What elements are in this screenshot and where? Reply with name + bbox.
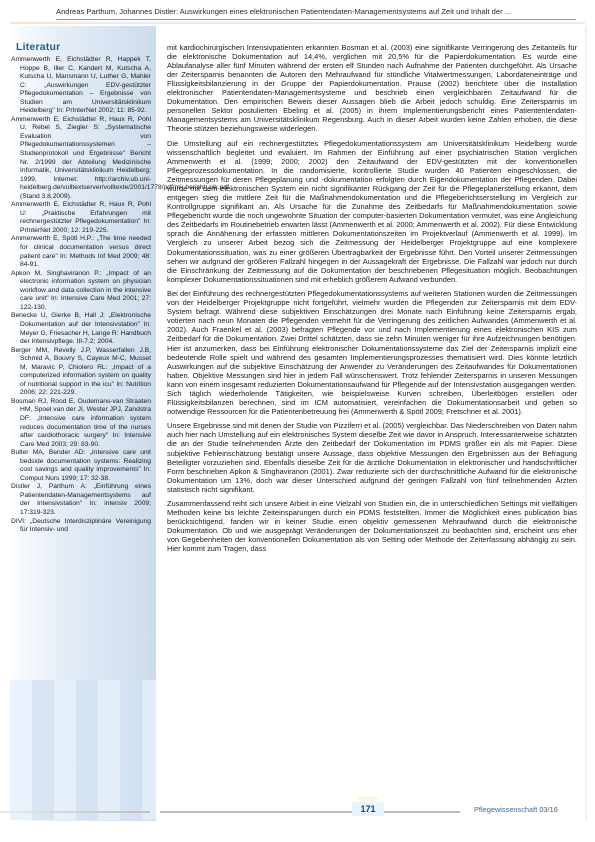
page-number-tab bbox=[358, 796, 380, 801]
sidebar-decoration bbox=[10, 680, 156, 820]
body-paragraph: Bei der Einführung des rechnergestützten… bbox=[167, 289, 577, 416]
reference-item: Ammenwerth E, Spötl H.P.: „The time need… bbox=[11, 235, 151, 269]
reference-item: Bosman RJ, Rood E, Oudemans-van Straaten… bbox=[11, 398, 151, 449]
running-header: Andreas Parthum, Johannes Distler: Auswi… bbox=[56, 5, 576, 20]
reference-item: DIVI: „Deutsche Interdisziplinäre Verein… bbox=[11, 518, 151, 535]
reference-item: Distler J, Parthum A: „Einführung eines … bbox=[11, 483, 151, 517]
reference-item: Ammenwerth E, Eichstädter R, Happek T, H… bbox=[11, 56, 151, 116]
reference-item: Butler MA, Bender AD: „Intensive care un… bbox=[11, 449, 151, 483]
body-paragraph: Die Umstellung auf ein rechnergestütztes… bbox=[167, 139, 577, 284]
reference-item: Ammenwerth E, Eichstädter R, Haux R, Poh… bbox=[11, 201, 151, 235]
reference-item: Benecke U, Gierke B, Hall J: „Elektronis… bbox=[11, 312, 151, 346]
reference-item: Apkon M, Singhaviranon P.: „Impact of an… bbox=[11, 270, 151, 313]
footer-rule-left bbox=[0, 811, 150, 813]
journal-name: Pflegewissenschaft bbox=[474, 805, 537, 814]
header-color-bar bbox=[10, 22, 585, 24]
page-edge bbox=[585, 26, 587, 821]
reference-item: Ammenwerth E, Eichstädter R, Haux R, Poh… bbox=[11, 116, 151, 201]
body-paragraph: mit kardiochirurgischen Intensivpatiente… bbox=[167, 43, 577, 133]
page-number: 171 bbox=[352, 802, 384, 816]
references-heading: Literatur bbox=[16, 41, 60, 53]
reference-item: Berger MM, Revelly J.P, Wasserfallen J.B… bbox=[11, 347, 151, 398]
body-paragraph: Zusammenfassend reiht sich unsere Arbeit… bbox=[167, 499, 577, 553]
journal-issue: 03/16 bbox=[537, 805, 558, 814]
main-body-text: mit kardiochirurgischen Intensivpatiente… bbox=[167, 43, 577, 559]
body-paragraph: Unsere Ergebnisse sind mit denen der Stu… bbox=[167, 421, 577, 493]
footer-rule bbox=[160, 811, 460, 813]
journal-footer: Pflegewissenschaft 03/16 bbox=[474, 805, 558, 814]
reference-list: Ammenwerth E, Eichstädter R, Happek T, H… bbox=[11, 56, 151, 535]
